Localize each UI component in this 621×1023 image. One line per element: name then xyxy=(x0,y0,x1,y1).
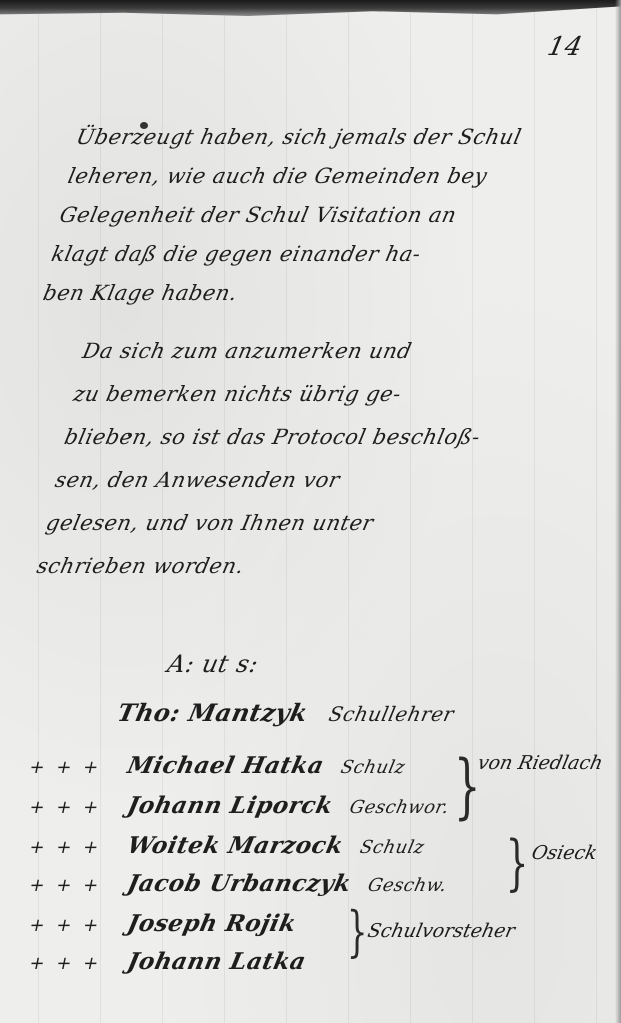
signature-row: + + + Woitek Marzock Schulz xyxy=(27,832,427,859)
page-number: 14 xyxy=(545,32,585,62)
text-line: gelesen, und von Ihnen unter xyxy=(42,502,466,545)
text-line: leheren, wie auch die Gemeinden bey xyxy=(64,157,517,196)
cross-marks: + + + xyxy=(27,953,121,974)
side-note-riedlach: von Riedlach xyxy=(476,752,605,774)
cross-marks: + + + xyxy=(27,915,121,936)
document-page: 14 Überzeugt haben, sich jemals der Schu… xyxy=(0,0,621,1023)
page-edge-shadow xyxy=(615,0,621,1023)
brace-mark: } xyxy=(506,828,529,898)
brace-mark: } xyxy=(347,900,368,963)
signatory-name: Michael Hatka xyxy=(125,752,327,779)
text-line: klagt daß die gegen einander ha- xyxy=(48,235,501,274)
side-note-schulvorsteher: Schulvorsteher xyxy=(366,920,517,942)
signature-teacher: Tho: Mantzyk Schullehrer xyxy=(115,698,457,727)
cross-marks: + + + xyxy=(27,837,121,858)
text-line: Gelegenheit der Schul Visitation an xyxy=(56,196,509,235)
text-line: Da sich zum anzumerken und xyxy=(78,330,502,373)
signature-row: + + + Johann Liporck Geschwor. xyxy=(27,792,452,819)
text-line: sen, den Anwesenden vor xyxy=(51,459,475,502)
signatory-title: Schulz xyxy=(339,757,407,778)
signatory-title: Schulz xyxy=(358,837,426,858)
signature-row: + + + Jacob Urbanczyk Geschw. xyxy=(27,870,450,897)
signatory-title xyxy=(313,953,317,974)
side-note-osieck: Osieck xyxy=(530,842,599,864)
signatory-name: Johann Latka xyxy=(125,948,309,975)
torn-top-edge xyxy=(0,0,621,16)
text-line: schrieben worden. xyxy=(33,545,457,588)
signatory-name: Joseph Rojik xyxy=(125,910,299,937)
signature-row: + + + Johann Latka xyxy=(27,948,318,975)
cross-marks: + + + xyxy=(27,797,121,818)
signature-row: + + + Michael Hatka Schulz xyxy=(27,752,408,779)
text-line: zu bemerken nichts übrig ge- xyxy=(69,373,493,416)
signatory-name: Woitek Marzock xyxy=(125,832,346,859)
text-line: blieben, so ist das Protocol beschloß- xyxy=(60,416,484,459)
paragraph-2: Da sich zum anzumerken und zu bemerken n… xyxy=(33,330,503,588)
signatory-role: Schullehrer xyxy=(327,702,457,726)
cross-marks: + + + xyxy=(27,875,121,896)
brace-mark: } xyxy=(454,745,481,827)
signatory-title: Geschwor. xyxy=(348,797,452,818)
text-line: ben Klage haben. xyxy=(39,274,492,313)
actum-ut-supra: A: ut s: xyxy=(165,650,261,678)
signatory-title xyxy=(303,915,307,936)
signatory-name: Johann Liporck xyxy=(125,792,335,819)
signature-row: + + + Joseph Rojik xyxy=(27,910,309,937)
signatory-title: Geschw. xyxy=(366,875,449,896)
text-line: Überzeugt haben, sich jemals der Schul xyxy=(72,118,525,157)
signatory-name: Tho: Mantzyk xyxy=(115,698,311,727)
cross-marks: + + + xyxy=(27,757,121,778)
paragraph-1: Überzeugt haben, sich jemals der Schul l… xyxy=(39,118,525,313)
signatory-name: Jacob Urbanczyk xyxy=(125,870,354,897)
